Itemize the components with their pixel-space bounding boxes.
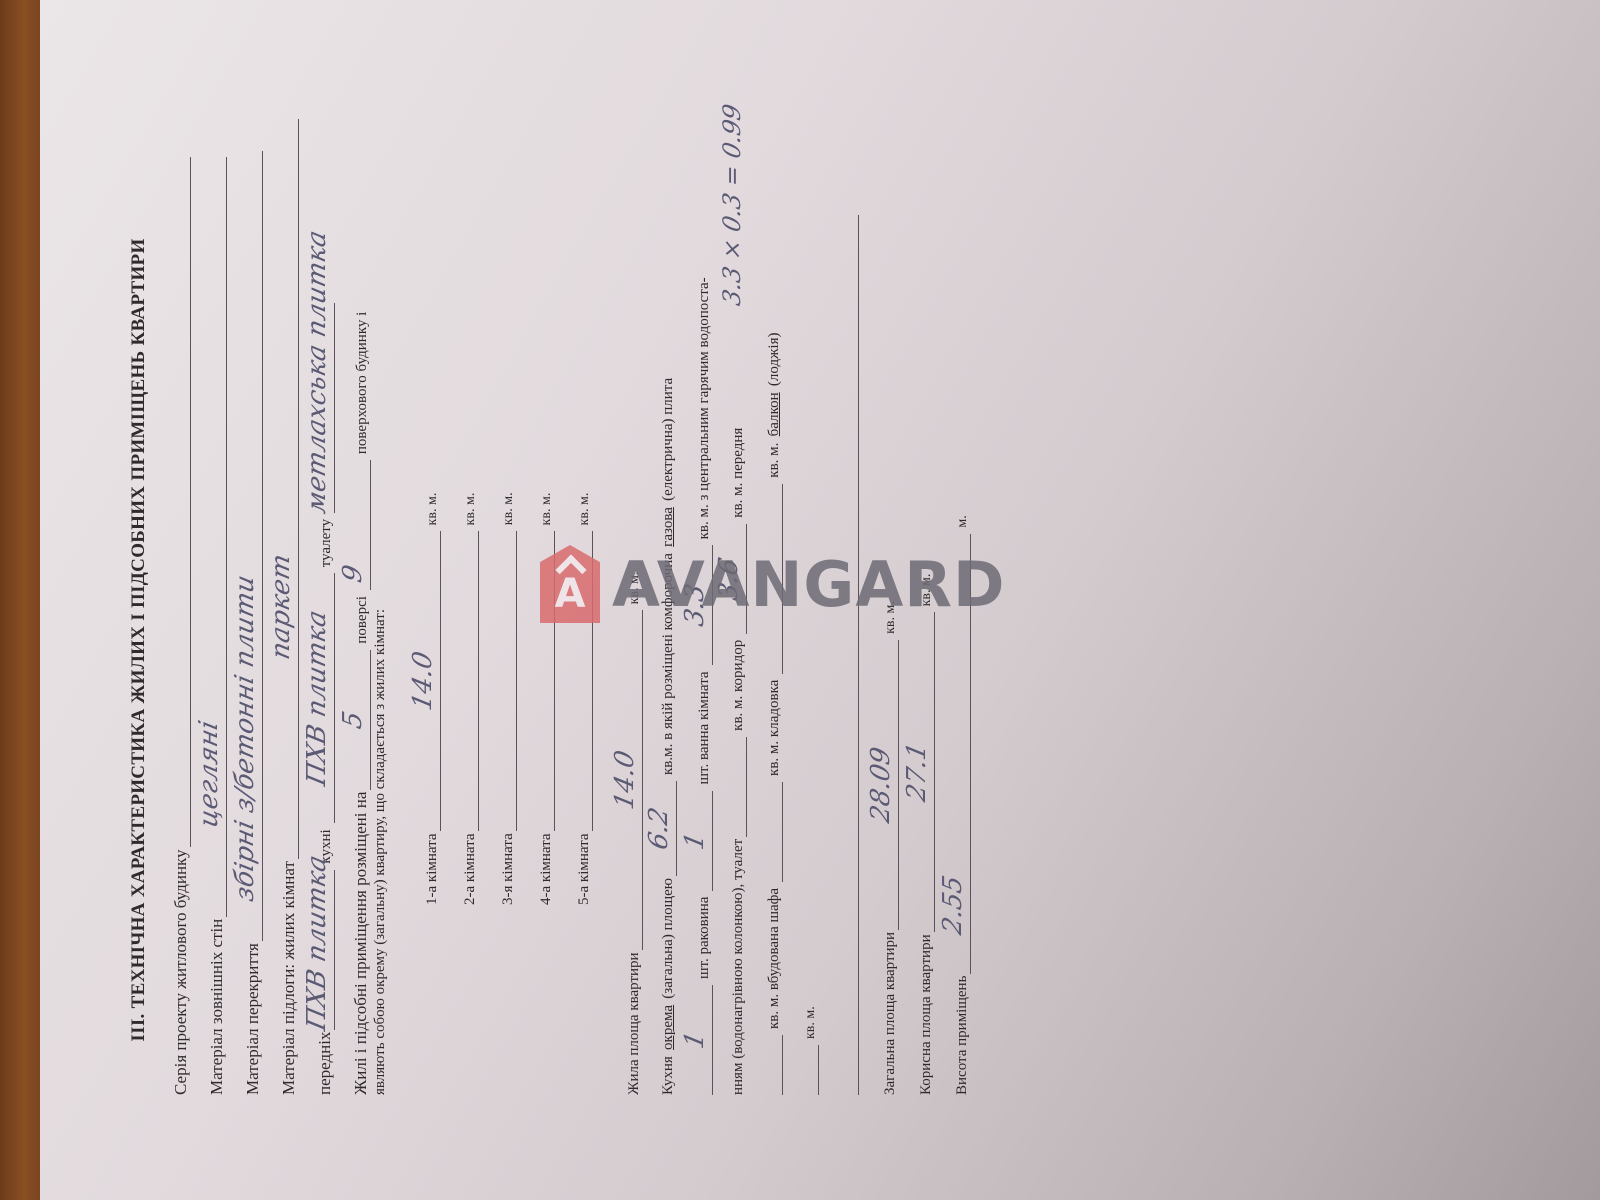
hot-water-label: кв. м. з центральним гарячим водопоста- [696, 275, 713, 545]
sink-count-field[interactable]: 1 [682, 791, 713, 891]
hall-area-value-field[interactable] [752, 1035, 783, 1095]
location-label: Жилі і підсобні приміщення розміщені на [351, 790, 371, 1095]
total-area-unit: кв. м. [883, 595, 899, 640]
toilet-label: туалету [318, 513, 335, 573]
storage-field[interactable] [752, 484, 783, 674]
form-document: ІІІ. ТЕХНІЧНА ХАРАКТЕРИСТИКА ЖИЛИХ І ПІД… [100, 60, 1000, 1140]
bathroom-area-field[interactable]: 3.3 [682, 545, 713, 665]
room-row: 3-я кімнатакв. м. [486, 486, 517, 905]
room-label: 2-а кімната [462, 831, 479, 905]
room-label: 3-я кімната [500, 831, 517, 905]
living-area-label: Жила площа квартири [626, 950, 643, 1095]
room-unit: кв. м. [577, 487, 593, 532]
room-area-field[interactable] [448, 531, 479, 831]
series-label: Серія проекту житлового будинку [171, 847, 191, 1095]
storage-label: кв. м. кладовка [766, 674, 783, 782]
useful-area-label: Корисна площа квартири [918, 932, 935, 1095]
form-title: ІІІ. ТЕХНІЧНА ХАРАКТЕРИСТИКА ЖИЛИХ І ПІД… [128, 140, 150, 1140]
room-unit: кв. м. [501, 486, 517, 531]
divider-row [828, 215, 859, 1095]
useful-area-row: Корисна площа квартири 27.1 кв. м. [904, 568, 935, 1095]
height-unit: м. [955, 509, 971, 533]
balcony-calc: 3.3 × 0.3 = 0.99 [718, 102, 746, 308]
bathroom-label: шт. ванна кімната [696, 665, 713, 790]
kitchen-area-row: Кухня окрема (загальна) площею 6.2 кв.м.… [646, 376, 677, 1095]
room-unit: кв. м. [425, 487, 441, 532]
kitchen-area-label-1: Кухня [660, 1054, 677, 1095]
balcony-calc-row: 3.3 × 0.3 = 0.99 [718, 104, 746, 305]
floor-number-field[interactable]: 5 [340, 650, 371, 790]
walls-row: Матеріал зовнішніх стін цегляні [196, 157, 227, 1095]
hall-area-label: кв. м. передня [730, 426, 747, 524]
room-area-field[interactable]: 14.0 [410, 531, 441, 831]
room-area-field[interactable] [562, 531, 593, 831]
floor-label: Матеріал підлоги: жилих кімнат [279, 859, 299, 1095]
floor-other-row: передніх ПХВ плитка кухні ПХВ плитка туа… [304, 303, 335, 1095]
hot-water-label-2: нням (водонагрівною колонкою), туалет [730, 837, 747, 1095]
extra-unit: кв. м. [803, 1000, 819, 1045]
ceiling-field[interactable]: збірні з/бетонні плити [232, 151, 263, 941]
stove-gas: газова [660, 505, 677, 547]
useful-area-unit: кв. м. [919, 568, 935, 613]
walls-field[interactable]: цегляні [196, 157, 227, 917]
series-field[interactable] [160, 157, 191, 847]
sink-row: 1 шт. раковина 1 шт. ванна кімната 3.3 к… [682, 275, 713, 1095]
room-row: 5-а кімнатакв. м. [562, 487, 593, 905]
height-row: Висота приміщень 2.55 м. [940, 509, 971, 1095]
room-row: 1-а кімната14.0кв. м. [410, 487, 441, 905]
room-label: 1-а кімната [424, 831, 441, 905]
total-area-row: Загальна площа квартири 28.09 кв. м. [868, 595, 899, 1095]
closet-row: кв. м. вбудована шафа кв. м. кладовка кв… [752, 331, 783, 1096]
total-area-field[interactable]: 28.09 [868, 640, 899, 930]
useful-area-field[interactable]: 27.1 [904, 612, 935, 932]
room-unit: кв. м. [463, 487, 479, 532]
of-label: поверсі [354, 590, 371, 650]
closet-field[interactable] [752, 782, 783, 882]
divider-line [828, 215, 859, 1095]
consists-row: являють собою окрему (загальну) квартиру… [372, 607, 389, 1095]
toilet-corridor-row: нням (водонагрівною колонкою), туалет кв… [716, 426, 747, 1095]
kitchen-area-label-2: (загальна) площею [660, 876, 677, 999]
total-floors-field[interactable]: 9 [340, 460, 371, 590]
room-unit: кв. м. [539, 487, 555, 532]
toilet-area-field[interactable] [716, 737, 747, 837]
consists-label: являють собою окрему (загальну) квартиру… [372, 607, 389, 1095]
building-label: поверхового будинку і [354, 310, 371, 460]
location-row: Жилі і підсобні приміщення розміщені на … [340, 310, 371, 1095]
floor-rooms-field[interactable]: паркет [268, 119, 299, 859]
sink-label: шт. раковина [696, 891, 713, 985]
stove-count-field[interactable]: 1 [682, 985, 713, 1095]
kitchen-area-field[interactable]: 6.2 [646, 781, 677, 876]
room-row: 4-а кімнатакв. м. [524, 487, 555, 905]
hall-floor-field[interactable]: ПХВ плитка [304, 870, 335, 1030]
balcony-word: балкон [766, 390, 783, 436]
corridor-field[interactable]: 3.6 [716, 524, 747, 634]
balcony-unit-label: кв. м. [766, 441, 783, 484]
living-area-field[interactable]: 14.0 [612, 610, 643, 950]
closet-label: кв. м. вбудована шафа [766, 882, 783, 1035]
table-edge [0, 0, 40, 1200]
total-area-label: Загальна площа квартири [882, 930, 899, 1095]
kitchen-floor-field[interactable]: ПХВ плитка [304, 573, 335, 823]
room-row: 2-а кімнатакв. м. [448, 487, 479, 905]
room-label: 4-а кімната [538, 831, 555, 905]
room-label: 5-а кімната [576, 831, 593, 905]
living-area-unit: кв. м. [627, 566, 643, 611]
ceiling-label: Матеріал перекриття [243, 941, 263, 1095]
room-area-field[interactable] [486, 531, 517, 831]
stove-electric: (електрична) плита [660, 376, 677, 501]
series-row: Серія проекту житлового будинку [160, 157, 191, 1095]
balcony-label-2: (лоджія) [766, 331, 783, 387]
extra-row: кв. м. [788, 1000, 819, 1095]
height-field[interactable]: 2.55 [940, 534, 971, 974]
stove-label: кв.м. в якій розміщені комфорочна [660, 551, 677, 781]
ceiling-row: Матеріал перекриття збірні з/бетонні пли… [232, 151, 263, 1095]
walls-label: Матеріал зовнішніх стін [207, 917, 227, 1095]
kitchen-area-separate: окрема [660, 1003, 677, 1050]
room-area-field[interactable] [524, 531, 555, 831]
living-area-row: Жила площа квартири 14.0 кв. м. [612, 566, 643, 1095]
hall-label: передніх [315, 1030, 335, 1095]
height-label: Висота приміщень [954, 974, 971, 1095]
extra-field[interactable] [788, 1045, 819, 1095]
floor-rooms-row: Матеріал підлоги: жилих кімнат паркет [268, 119, 299, 1095]
corridor-label: кв. м. коридор [730, 634, 747, 737]
toilet-floor-field[interactable]: метлахська плитка [304, 303, 335, 513]
